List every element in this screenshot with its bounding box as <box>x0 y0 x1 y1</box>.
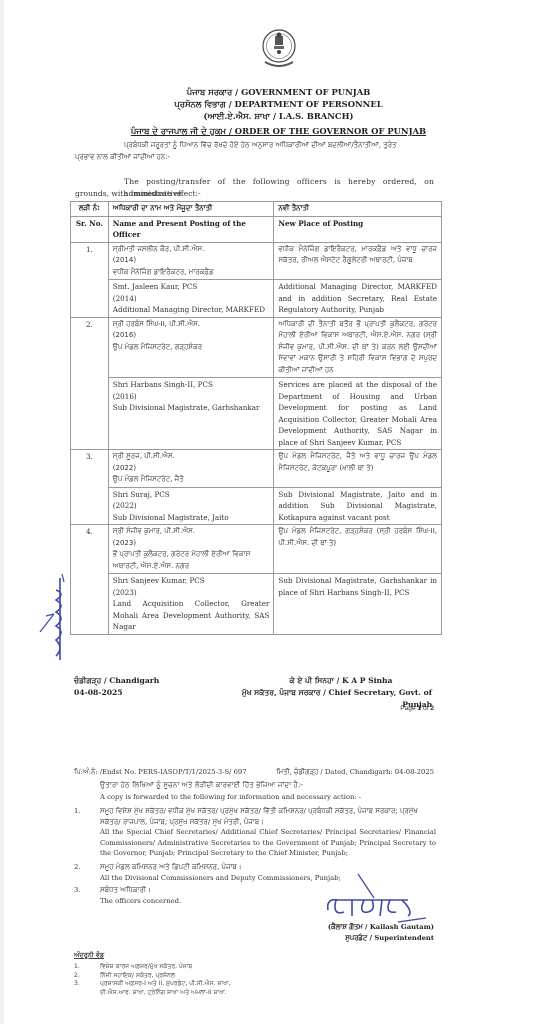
officer-english: Shri Sanjeev Kumar, PCS(2023)Land Acquis… <box>108 574 274 635</box>
table-row: Shri Sanjeev Kumar, PCS(2023)Land Acquis… <box>71 574 442 635</box>
new-posting-punjabi: ਉਪ ਮੰਡਲ ਮੈਜਿਸਟਰੇਟ, ਗੜ੍ਹਸ਼ੰਕਰ (ਸ੍ਰੀ ਹਰਬੰਸ… <box>274 525 442 574</box>
signatory-name: ਕੇ ਏ ਪੀ ਸਿਨਹਾ / K A P Sinha <box>210 675 432 687</box>
page-number: Page 1 of 2 <box>392 705 434 712</box>
table-header-row-punjabi: ਲੜੀ ਨੰ: ਅਧਿਕਾਰੀ ਦਾ ਨਾਮ ਅਤੇ ਮੌਜੂਦਾ ਤੈਨਾਤੀ… <box>71 202 442 217</box>
table-row: 2.ਸ੍ਰੀ ਹਰਬੰਸ ਸਿੰਘ-II, ਪੀ.ਸੀ.ਐਸ.(2016)ਉਪ … <box>71 317 442 378</box>
sr-no: 3. <box>71 450 109 525</box>
internal-copy-item: 1.ਵਿਸ਼ੇਸ਼ ਕਾਰਜ ਅਫ਼ਸਰ/ਮੁੱਖ ਸਕੱਤਰ, ਪੰਜਾਬ <box>74 963 231 972</box>
officer-punjabi: ਸ੍ਰੀਮਤੀ ਜਸਲੀਨ ਕੌਰ, ਪੀ.ਸੀ.ਐਸ.(2014)ਵਧੀਕ ਮ… <box>108 242 274 280</box>
internal-copy-item: 3.ਪ੍ਰਸ਼ਾਸਕੀ ਅਫ਼ਸਰ-I ਅਤੇ II, ਸੁਪਰਡੰਟ, ਪੀ.… <box>74 980 231 989</box>
new-posting-punjabi: ਅਧਿਕਾਰੀ ਦੀ ਤੈਨਾਤੀ ਬਤੌਰ ਭੌਂ ਪ੍ਰਾਪਤੀ ਕੁਲੈਕ… <box>274 317 442 378</box>
superintendent-title: ਸੁਪਰਡੰਟ / Superintendent <box>320 933 434 944</box>
internal-distribution: ਅੰਦਰੂਨੀ ਵੰਡ 1.ਵਿਸ਼ੇਸ਼ ਕਾਰਜ ਅਫ਼ਸਰ/ਮੁੱਖ ਸਕ… <box>74 951 231 998</box>
header-new-posting-pa: ਨਵੀਂ ਤੈਨਾਤੀ <box>274 202 442 217</box>
internal-distribution-heading: ਅੰਦਰੂਨੀ ਵੰਡ <box>74 951 231 960</box>
table-row: 3.ਸ੍ਰੀ ਸੂਰਜ, ਪੀ.ਸੀ.ਐਸ.(2022)ਉਪ ਮੰਡਲ ਮੈਜਿ… <box>71 450 442 488</box>
internal-copy-item: ਈ.ਐਸ.ਆਰ. ਸ਼ਾਖਾ, ਟ੍ਰੇਨਿੰਗ ਸ਼ਾਖਾ ਅਤੇ ਅਮਲਾ-… <box>74 989 231 998</box>
endorsement-line: ਪਿ:ਅੰ:ਨੰ: /Endst No. PERS-IASOP/T/1/2025… <box>74 767 434 778</box>
header-name: Name and Present Posting of the Officer <box>108 216 274 242</box>
new-posting-punjabi: ਉਪ ਮੰਡਲ ਮੈਜਿਸਟਰੇਟ, ਜੈਤੋ ਅਤੇ ਵਾਧੂ ਚਾਰਜ ਉਪ… <box>274 450 442 488</box>
endorsement-date: ਮਿਤੀ, ਚੰਡੀਗੜ੍ਹ / Dated, Chandigarh: 04-0… <box>276 767 434 778</box>
table-row: Shri Suraj, PCS(2022)Sub Divisional Magi… <box>71 487 442 525</box>
postings-table: ਲੜੀ ਨੰ: ਅਧਿਕਾਰੀ ਦਾ ਨਾਮ ਅਤੇ ਮੌਜੂਦਾ ਤੈਨਾਤੀ… <box>70 201 442 635</box>
superintendent-signature <box>318 868 428 928</box>
intro-english-line2: grounds, with immediate effect:- <box>75 188 201 200</box>
officer-english: Smt. Jasleen Kaur, PCS(2014)Additional M… <box>108 280 274 318</box>
table-row: Smt. Jasleen Kaur, PCS(2014)Additional M… <box>71 280 442 318</box>
new-posting-english: Sub Divisional Magistrate, Garhshankar i… <box>274 574 442 635</box>
superintendent-block: (ਕੈਲਾਸ਼ ਗੌਤਮ / Kailash Gautam) ਸੁਪਰਡੰਟ /… <box>320 922 434 944</box>
header-name-pa: ਅਧਿਕਾਰੀ ਦਾ ਨਾਮ ਅਤੇ ਮੌਜੂਦਾ ਤੈਨਾਤੀ <box>108 202 274 217</box>
new-posting-english: Services are placed at the disposal of t… <box>274 378 442 450</box>
order-date: 04-08-2025 <box>74 687 159 699</box>
officer-punjabi: ਸ੍ਰੀ ਸੰਜੀਵ ਕੁਮਾਰ, ਪੀ.ਸੀ.ਐਸ.(2023)ਭੌਂ ਪ੍ਰ… <box>108 525 274 574</box>
table-row: 4.ਸ੍ਰੀ ਸੰਜੀਵ ਕੁਮਾਰ, ਪੀ.ਸੀ.ਐਸ.(2023)ਭੌਂ ਪ… <box>71 525 442 574</box>
new-posting-punjabi: ਵਧੀਕ ਮੈਨੇਜਿੰਗ ਡਾਇਰੈਕਟਰ, ਮਾਰਕਫ਼ੈਡ ਅਤੇ ਵਾਧ… <box>274 242 442 280</box>
copy-forwarded-pa: ਉਤਾਰਾ ਹੇਠ ਲਿਖਿਆਂ ਨੂੰ ਸੂਚਨਾ ਅਤੇ ਲੋੜੀਂਦੀ ਕ… <box>100 780 303 790</box>
copy-forwarded-en: A copy is forwarded to the following for… <box>100 793 361 801</box>
initials-signature <box>38 570 78 670</box>
header-sr-no: Sr. No. <box>71 216 109 242</box>
header-department: ਪ੍ਰਸੋਨਲ ਵਿਭਾਗ / DEPARTMENT OF PERSONNEL <box>0 98 557 110</box>
table-row: Shri Harbans Singh-II, PCS(2016)Sub Divi… <box>71 378 442 450</box>
order-title: ਪੰਜਾਬ ਦੇ ਰਾਜਪਾਲ ਜੀ ਦੇ ਹੁਕਮ / ORDER OF TH… <box>0 126 557 137</box>
intro-punjabi-line2: ਪ੍ਰਭਾਵ ਨਾਲ ਕੀਤੀਆਂ ਜਾਂਦੀਆਂ ਹਨ:- <box>75 151 170 163</box>
sr-no: 2. <box>71 317 109 450</box>
header-branch: (ਆਈ.ਏ.ਐਸ. ਸ਼ਾਖਾ / I.A.S. BRANCH) <box>0 110 557 122</box>
sr-no: 1. <box>71 242 109 317</box>
intro-punjabi-line1: ਪ੍ਰਬੰਧਕੀ ਜਰੂਰਤਾਂ ਨੂੰ ਧਿਆਨ ਵਿੱਚ ਰੱਖਦੇ ਹੋਏ… <box>124 139 434 151</box>
page-margin <box>0 0 4 1024</box>
header-government: ਪੰਜਾਬ ਸਰਕਾਰ / GOVERNMENT OF PUNJAB <box>0 86 557 98</box>
header-new-posting: New Place of Posting <box>274 216 442 242</box>
officer-punjabi: ਸ੍ਰੀ ਸੂਰਜ, ਪੀ.ਸੀ.ਐਸ.(2022)ਉਪ ਮੰਡਲ ਮੈਜਿਸਟ… <box>108 450 274 488</box>
recipient-item: 1. ਸਮੂਹ ਵਿਸ਼ੇਸ਼ ਮੁੱਖ ਸਕੱਤਰ/ ਵਧੀਕ ਮੁੱਖ ਸਕ… <box>74 806 436 859</box>
place: ਚੰਡੀਗੜ੍ਹ / Chandigarh <box>74 675 159 687</box>
footer-place-date: ਚੰਡੀਗੜ੍ਹ / Chandigarh 04-08-2025 <box>74 675 159 699</box>
new-posting-english: Sub Divisional Magistrate, Jaito and in … <box>274 487 442 525</box>
header-sr-no-pa: ਲੜੀ ਨੰ: <box>71 202 109 217</box>
government-emblem-icon <box>259 28 299 72</box>
table-header-row-english: Sr. No. Name and Present Posting of the … <box>71 216 442 242</box>
officer-punjabi: ਸ੍ਰੀ ਹਰਬੰਸ ਸਿੰਘ-II, ਪੀ.ਸੀ.ਐਸ.(2016)ਉਪ ਮੰ… <box>108 317 274 378</box>
superintendent-name: (ਕੈਲਾਸ਼ ਗੌਤਮ / Kailash Gautam) <box>320 922 434 933</box>
endorsement-number: ਪਿ:ਅੰ:ਨੰ: /Endst No. PERS-IASOP/T/1/2025… <box>74 768 247 776</box>
officer-english: Shri Harbans Singh-II, PCS(2016)Sub Divi… <box>108 378 274 450</box>
officer-english: Shri Suraj, PCS(2022)Sub Divisional Magi… <box>108 487 274 525</box>
table-row: 1.ਸ੍ਰੀਮਤੀ ਜਸਲੀਨ ਕੌਰ, ਪੀ.ਸੀ.ਐਸ.(2014)ਵਧੀਕ… <box>71 242 442 280</box>
new-posting-english: Additional Managing Director, MARKFED an… <box>274 280 442 318</box>
